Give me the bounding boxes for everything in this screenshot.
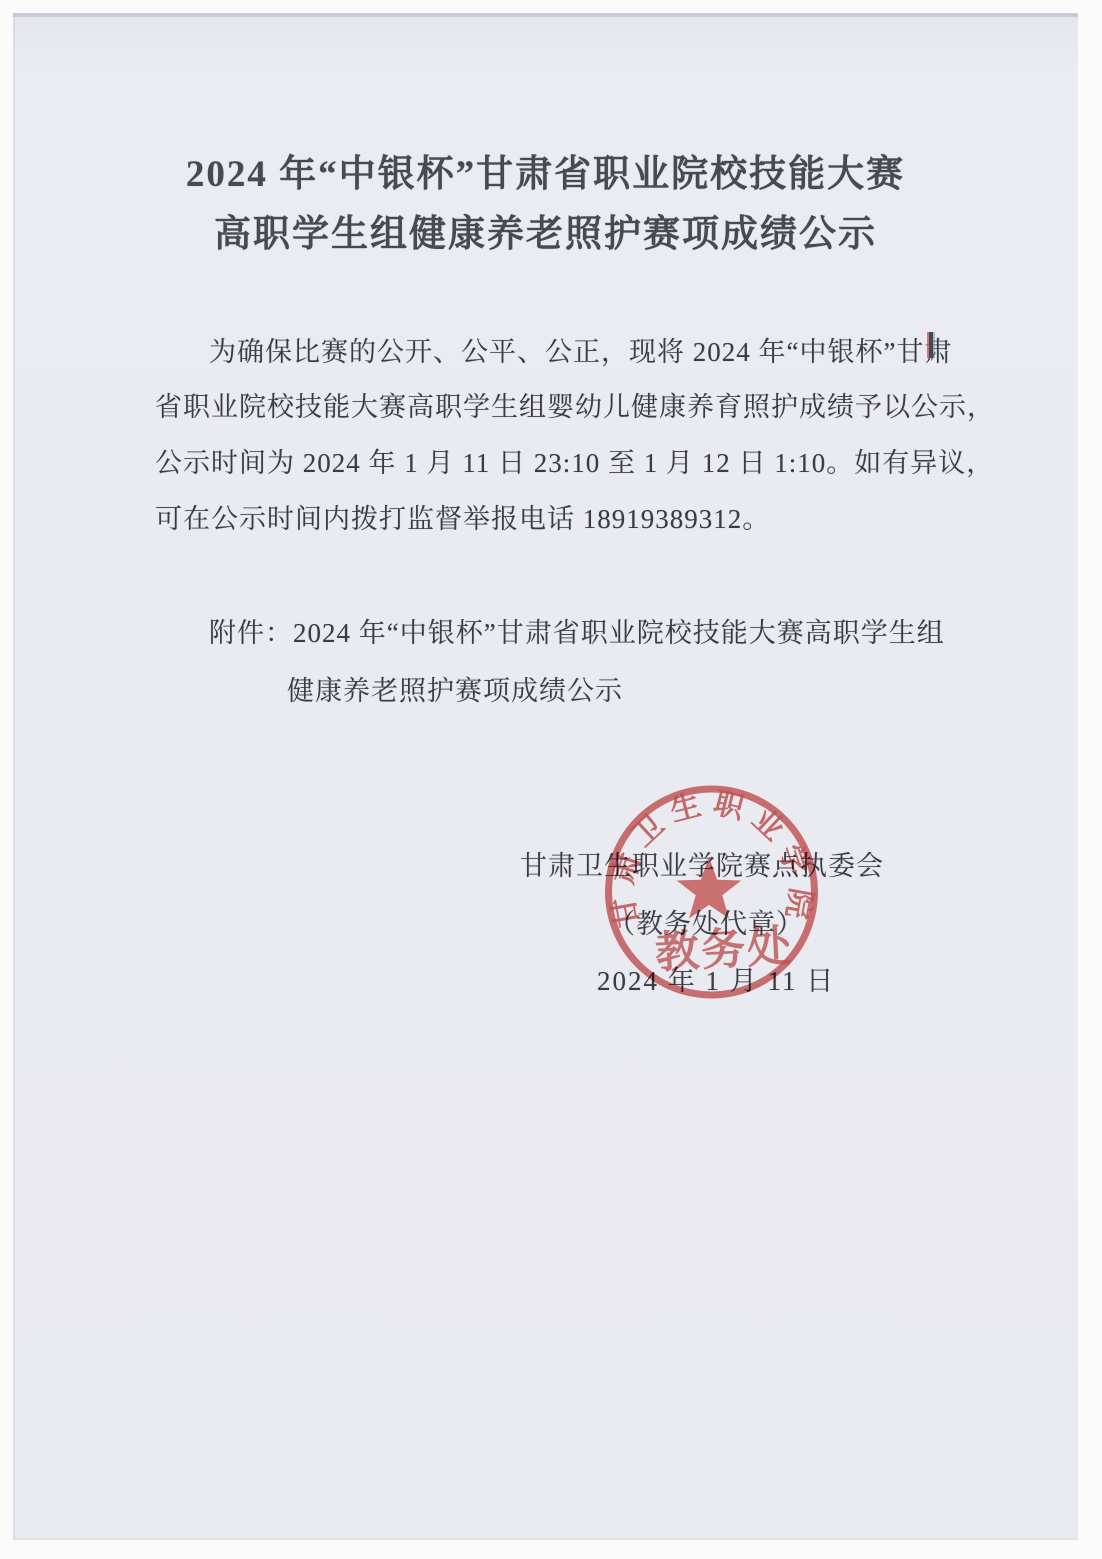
- document-title-line-2: 高职学生组健康养老照护赛项成绩公示: [13, 203, 1078, 257]
- scan-color-artifact: [929, 332, 933, 358]
- body-paragraph-line-3: 公示时间为 2024 年 1 月 11 日 23:10 至 1 月 12 日 1…: [155, 441, 995, 480]
- body-paragraph-line-1: 为确保比赛的公开、公平、公正，现将 2024 年“中银杯”甘肃: [155, 330, 1049, 369]
- body-paragraph-line-2: 省职业院校技能大赛高职学生组婴幼儿健康养育照护成绩予以公示，: [155, 385, 995, 424]
- seal-bottom-text: 教务处: [654, 922, 794, 978]
- star-icon: [677, 857, 742, 919]
- attachment-line-1: 附件：2024 年“中银杯”甘肃省职业院校技能大赛高职学生组: [209, 611, 945, 650]
- seal-ring-text: 甘肃卫生职业学院: [606, 786, 818, 929]
- attachment-line-2: 健康养老照护赛项成绩公示: [287, 669, 623, 708]
- document-title-line-1: 2024 年“中银杯”甘肃省职业院校技能大赛: [13, 143, 1078, 197]
- scanned-document: { "document": { "title_line1": "2024 年“中…: [0, 0, 1102, 1559]
- official-seal: 甘肃卫生职业学院 教务处: [599, 779, 825, 1005]
- seal-ring-text-shape: 甘肃卫生职业学院: [606, 786, 818, 929]
- body-paragraph-line-4: 可在公示时间内拨打监督举报电话 18919389312。: [155, 497, 995, 536]
- document-page: 2024 年“中银杯”甘肃省职业院校技能大赛 高职学生组健康养老照护赛项成绩公示…: [13, 13, 1078, 1540]
